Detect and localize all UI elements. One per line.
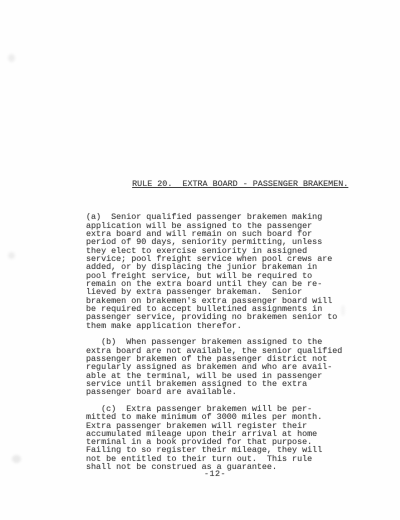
- scanned-page: RULE 20. EXTRA BOARD - PASSENGER BRAKEME…: [0, 0, 400, 520]
- paragraph-b: (b) When passenger brakemen assigned to …: [86, 338, 348, 396]
- paragraph-c: (c) Extra passenger brakemen will be per…: [86, 405, 348, 472]
- text-block: RULE 20. EXTRA BOARD - PASSENGER BRAKEME…: [86, 155, 348, 488]
- scan-smudge: [8, 252, 15, 259]
- paragraph-a: (a) Senior qualified passenger brakemen …: [86, 213, 348, 330]
- scan-smudge: [8, 54, 15, 62]
- text-line: passenger board are available.: [86, 388, 348, 396]
- text-line: them make application therefor.: [86, 322, 348, 330]
- rule-heading-text: RULE 20. EXTRA BOARD - PASSENGER BRAKEME…: [132, 179, 348, 189]
- scan-smudge: [12, 455, 21, 463]
- paragraphs: (a) Senior qualified passenger brakemen …: [86, 213, 348, 471]
- page-number: -12-: [86, 470, 344, 478]
- rule-heading: RULE 20. EXTRA BOARD - PASSENGER BRAKEME…: [86, 172, 348, 197]
